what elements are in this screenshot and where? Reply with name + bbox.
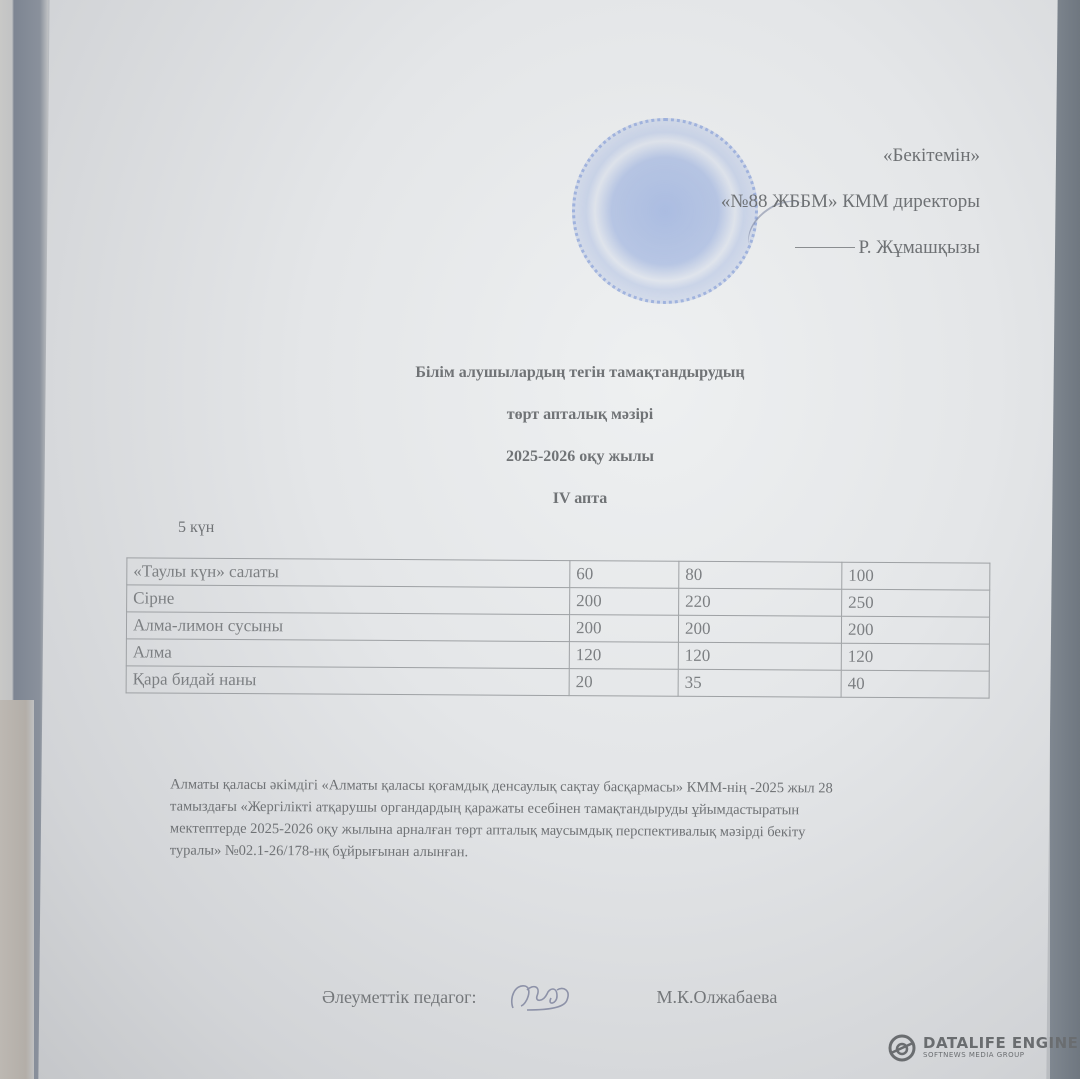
document-title: Білім алушылардың тегін тамақтандырудың … (280, 352, 880, 520)
datalife-logo-icon (887, 1033, 917, 1063)
title-line-2: төрт апталық мәзірі (280, 394, 880, 436)
menu-item-portion: 40 (841, 670, 989, 698)
menu-item-portion: 220 (679, 588, 842, 616)
menu-item-portion: 250 (842, 589, 990, 617)
watermark: DATALIFE ENGINE SOFTNEWS MEDIA GROUP (887, 1033, 1078, 1063)
menu-item-portion: 200 (678, 615, 841, 643)
day-label: 5 күн (178, 519, 214, 537)
menu-item-portion: 200 (569, 615, 678, 643)
menu-item-portion: 200 (570, 588, 679, 616)
menu-item-name: Сірне (127, 585, 570, 615)
approval-block: «Бекітемін» «№88 ЖББМ» КММ директоры Р. … (721, 133, 980, 271)
menu-item-name: Алма-лимон сусыны (126, 612, 569, 642)
background-folder-edge-lower (0, 700, 34, 1079)
title-line-3: 2025-2026 оқу жылы (280, 436, 880, 478)
title-line-4: IV апта (280, 478, 880, 520)
approval-signatory: Р. Жұмашқызы (859, 237, 980, 258)
footer-signature-block: Әлеуметтік педагог: М.К.Олжабаева (322, 980, 777, 1014)
menu-item-name: Алма (126, 639, 569, 669)
handwritten-signature-icon (507, 980, 577, 1014)
menu-item-portion: 20 (569, 669, 678, 697)
title-line-1: Білім алушылардың тегін тамақтандырудың (280, 352, 880, 394)
watermark-subtitle: SOFTNEWS MEDIA GROUP (923, 1051, 1078, 1060)
menu-item-name: Қара бидай наны (126, 666, 569, 696)
footer-role: Әлеуметтік педагог: (322, 987, 477, 1008)
menu-item-portion: 200 (841, 616, 989, 644)
footer-name: М.К.Олжабаева (657, 987, 778, 1008)
watermark-brand: DATALIFE ENGINE (923, 1036, 1078, 1051)
menu-item-portion: 80 (679, 561, 842, 589)
menu-item-portion: 60 (570, 561, 679, 589)
menu-table: «Таулы күн» салаты6080100Сірне200220250А… (126, 557, 991, 698)
approval-heading: «Бекітемін» (721, 133, 980, 179)
menu-item-portion: 100 (842, 562, 990, 590)
signature-line (795, 247, 855, 248)
approval-signatory-line: Р. Жұмашқызы (721, 225, 980, 271)
menu-item-portion: 120 (678, 642, 841, 670)
menu-item-portion: 120 (841, 643, 989, 671)
table-row: Қара бидай наны203540 (126, 666, 989, 698)
menu-item-portion: 35 (678, 669, 841, 697)
approval-position: «№88 ЖББМ» КММ директоры (721, 179, 980, 225)
menu-item-name: «Таулы күн» салаты (127, 558, 570, 588)
citation-paragraph: Алматы қаласы әкімдігі «Алматы қаласы қо… (170, 773, 1001, 866)
menu-item-portion: 120 (569, 642, 678, 670)
